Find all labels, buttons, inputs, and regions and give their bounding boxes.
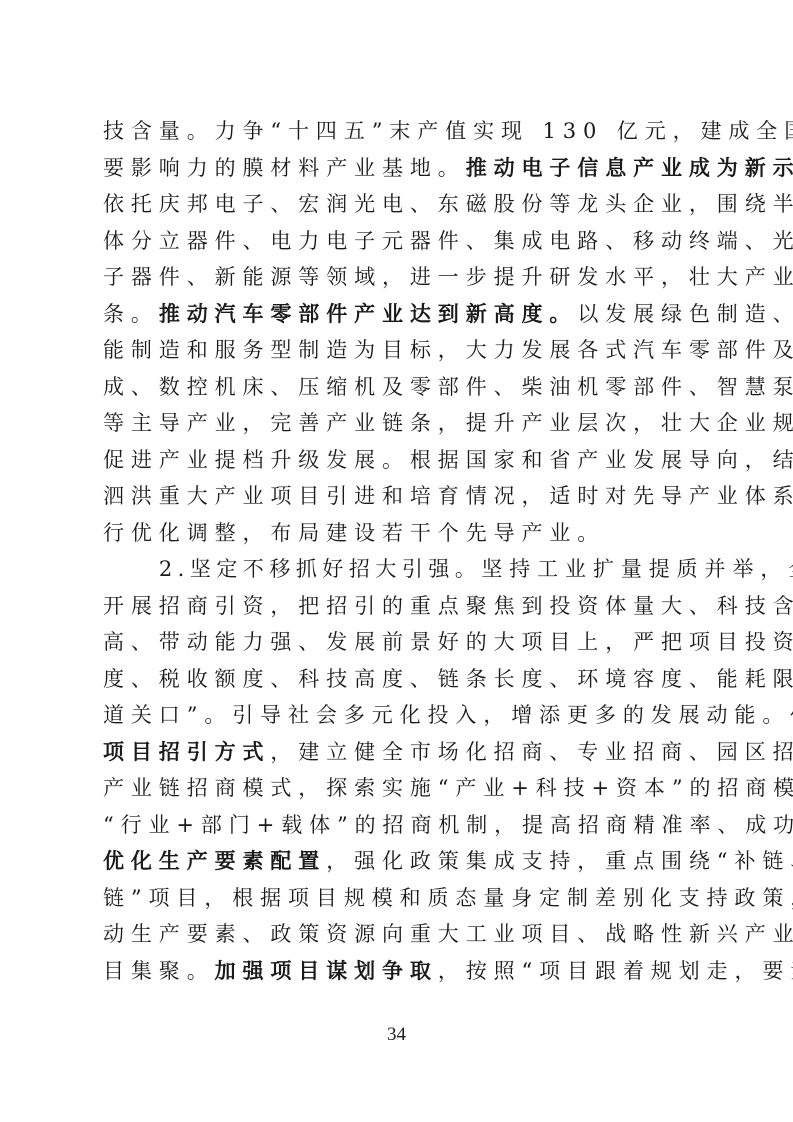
- bold-phrase: 加强项目谋划争取: [215, 959, 438, 983]
- text-segment: 能制造和服务型制造为目标，大力发展各式汽车零部件及总: [103, 338, 793, 362]
- text-segment: ，强化政策集成支持，重点围绕“补链、强: [326, 849, 793, 873]
- text-line: “行业+部门+载体”的招商机制，提高招商精准率、成功率。: [103, 807, 703, 844]
- text-line: 项目招引方式，建立健全市场化招商、专业招商、园区招商、: [103, 734, 703, 771]
- text-line: 能制造和服务型制造为目标，大力发展各式汽车零部件及总: [103, 332, 703, 369]
- text-line: 泗洪重大产业项目引进和培育情况，适时对先导产业体系进: [103, 478, 703, 515]
- text-line: 目集聚。加强项目谋划争取，按照“项目跟着规划走，要素跟: [103, 953, 703, 990]
- text-segment: 行优化调整，布局建设若干个先导产业。: [103, 521, 605, 545]
- text-segment: 度、税收额度、科技高度、链条长度、环境容度、能耗限度“六: [103, 667, 793, 691]
- text-segment: 子器件、新能源等领域，进一步提升研发水平，壮大产业链: [103, 265, 793, 289]
- text-segment: 依托庆邦电子、宏润光电、东磁股份等龙头企业，围绕半导: [103, 192, 793, 216]
- page-number: 34: [0, 1024, 793, 1046]
- text-segment: 体分立器件、电力电子元器件、集成电路、移动终端、光电: [103, 229, 793, 253]
- text-line: 技含量。力争“十四五”末产值实现 130 亿元，建成全国有重: [103, 113, 703, 150]
- text-line: 条。推动汽车零部件产业达到新高度。以发展绿色制造、智: [103, 296, 703, 333]
- text-segment: 道关口”。引导社会多元化投入，增添更多的发展动能。: [103, 703, 790, 727]
- bold-phrase: 推动电子信息产业成为新示范。: [466, 156, 793, 180]
- section-heading: 2.坚定不移抓好招大引强。: [159, 557, 482, 581]
- text-line: 道关口”。引导社会多元化投入，增添更多的发展动能。优化: [103, 697, 703, 734]
- text-segment: 条。: [103, 302, 159, 326]
- text-segment: 成、数控机床、压缩机及零部件、柴油机零部件、智慧泵阀: [103, 375, 793, 399]
- text-segment: ，建立健全市场化招商、专业招商、园区招商、: [270, 740, 793, 764]
- text-segment: 目集聚。: [103, 959, 215, 983]
- bold-phrase: 项目招引方式: [103, 740, 270, 764]
- text-line: 产业链招商模式，探索实施“产业+科技+资本”的招商模式和: [103, 770, 703, 807]
- text-segment: 技含量。力争“十四五”末产值实现 130 亿元，建成全国有重: [103, 119, 793, 143]
- text-line: 等主导产业，完善产业链条，提升产业层次，壮大企业规模，: [103, 405, 703, 442]
- text-segment: 泗洪重大产业项目引进和培育情况，适时对先导产业体系进: [103, 484, 793, 508]
- text-line: 2.坚定不移抓好招大引强。坚持工业扩量提质并举，全力: [103, 551, 703, 588]
- text-segment: “行业+部门+载体”的招商机制，提高招商精准率、成功率。: [103, 813, 793, 837]
- text-segment: 要影响力的膜材料产业基地。: [103, 156, 466, 180]
- text-segment: 动生产要素、政策资源向重大工业项目、战略性新兴产业项: [103, 922, 793, 946]
- body-text: 技含量。力争“十四五”末产值实现 130 亿元，建成全国有重要影响力的膜材料产业…: [103, 113, 703, 989]
- text-line: 依托庆邦电子、宏润光电、东磁股份等龙头企业，围绕半导: [103, 186, 703, 223]
- text-line: 动生产要素、政策资源向重大工业项目、战略性新兴产业项: [103, 916, 703, 953]
- text-line: 链”项目，根据项目规模和质态量身定制差别化支持政策，推: [103, 880, 703, 917]
- text-line: 子器件、新能源等领域，进一步提升研发水平，壮大产业链: [103, 259, 703, 296]
- text-segment: [103, 557, 159, 581]
- text-line: 度、税收额度、科技高度、链条长度、环境容度、能耗限度“六: [103, 661, 703, 698]
- text-segment: 产业链招商模式，探索实施“产业+科技+资本”的招商模式和: [103, 776, 793, 800]
- text-segment: 链”项目，根据项目规模和质态量身定制差别化支持政策，推: [103, 886, 793, 910]
- text-line: 优化生产要素配置，强化政策集成支持，重点围绕“补链、强: [103, 843, 703, 880]
- text-segment: 高、带动能力强、发展前景好的大项目上，严把项目投资强: [103, 630, 793, 654]
- text-line: 体分立器件、电力电子元器件、集成电路、移动终端、光电: [103, 223, 703, 260]
- text-line: 开展招商引资，把招引的重点聚焦到投资体量大、科技含量: [103, 588, 703, 625]
- text-segment: ，按照“项目跟着规划走，要素跟: [438, 959, 793, 983]
- text-segment: 促进产业提档升级发展。根据国家和省产业发展导向，结合: [103, 448, 793, 472]
- text-line: 成、数控机床、压缩机及零部件、柴油机零部件、智慧泵阀: [103, 369, 703, 406]
- text-line: 要影响力的膜材料产业基地。推动电子信息产业成为新示范。: [103, 150, 703, 187]
- text-segment: 等主导产业，完善产业链条，提升产业层次，壮大企业规模，: [103, 411, 793, 435]
- text-line: 促进产业提档升级发展。根据国家和省产业发展导向，结合: [103, 442, 703, 479]
- text-segment: 开展招商引资，把招引的重点聚焦到投资体量大、科技含量: [103, 594, 793, 618]
- text-line: 行优化调整，布局建设若干个先导产业。: [103, 515, 703, 552]
- document-page: 技含量。力争“十四五”末产值实现 130 亿元，建成全国有重要影响力的膜材料产业…: [0, 0, 793, 1122]
- text-line: 高、带动能力强、发展前景好的大项目上，严把项目投资强: [103, 624, 703, 661]
- text-segment: 以发展绿色制造、智: [577, 302, 793, 326]
- bold-phrase: 推动汽车零部件产业达到新高度。: [159, 302, 578, 326]
- bold-phrase: 优化生产要素配置: [103, 849, 326, 873]
- text-segment: 坚持工业扩量提质并举，全力: [481, 557, 793, 581]
